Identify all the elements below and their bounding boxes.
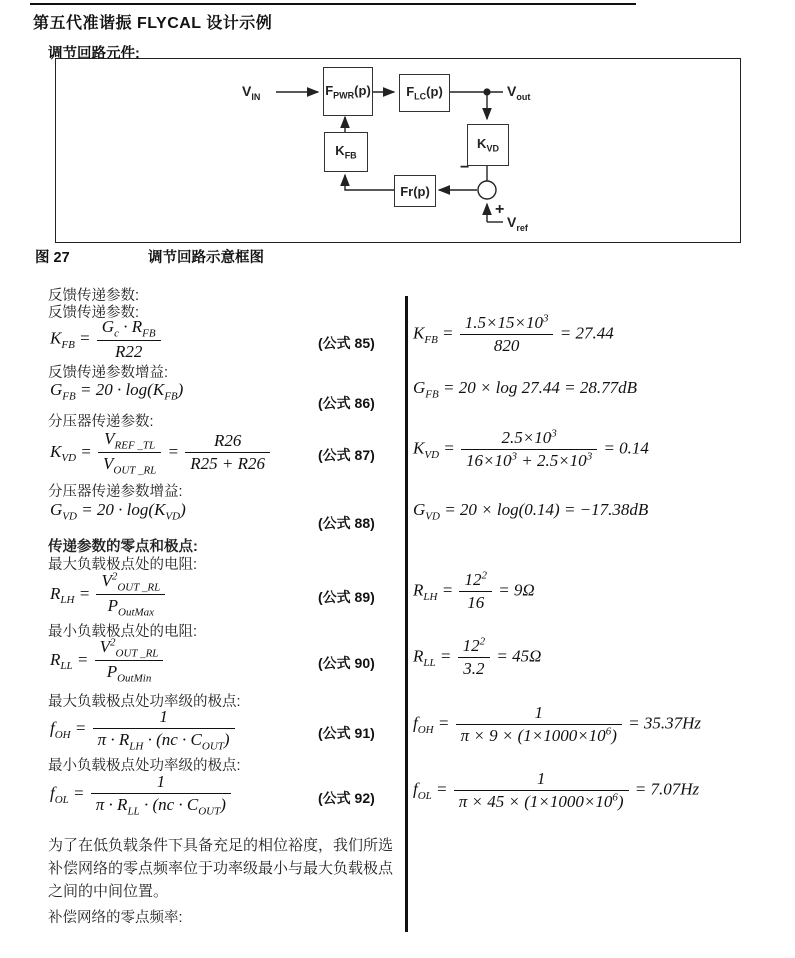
- formula-89: RLH = V2OUT _RLPOutMax: [50, 571, 167, 619]
- block-kfb-label: KFB: [335, 143, 356, 161]
- formula-89-number: (公式 89): [318, 587, 375, 607]
- formula-91: fOH = 1π · RLH · (nc · COUT): [50, 707, 237, 752]
- formula-87-result: KVD = 2.5×10316×103 + 2.5×103 = 0.14: [413, 428, 649, 471]
- formula-88: GVD = 20 · log(KVD): [50, 500, 186, 522]
- formula-89-result: RLH = 12216 = 9Ω: [413, 570, 535, 613]
- formula-87-number: (公式 87): [318, 445, 375, 465]
- formula-92-number: (公式 92): [318, 788, 375, 808]
- label-divider-param: 分压器传递参数:: [48, 410, 154, 431]
- block-kvd-label: KVD: [477, 136, 499, 154]
- block-kfb: KFB: [324, 132, 368, 172]
- formula-91-number: (公式 91): [318, 723, 375, 743]
- label-divider-gain: 分压器传递参数增益:: [48, 480, 183, 501]
- label-vout: Vout: [507, 83, 530, 102]
- block-fr: Fr(p): [394, 175, 436, 207]
- formula-85-number: (公式 85): [318, 333, 375, 353]
- label-vin: VIN: [242, 83, 260, 102]
- formula-86-result: GFB = 20 × log 27.44 = 28.77dB: [413, 378, 637, 400]
- formula-88-result: GVD = 20 × log(0.14) = −17.38dB: [413, 500, 648, 522]
- block-flc-label: FLC(p): [406, 84, 443, 102]
- formula-87: KVD = VREF _TLVOUT _RL = R26R25 + R26: [50, 429, 272, 477]
- formula-90-result: RLL = 1223.2 = 45Ω: [413, 636, 541, 679]
- formula-90-number: (公式 90): [318, 653, 375, 673]
- plus-sign: +: [495, 201, 504, 219]
- column-divider: [405, 296, 408, 932]
- page-title: 第五代准谐振 FLYCAL 设计示例: [33, 10, 272, 33]
- formula-92: fOL = 1π · RLL · (nc · COUT): [50, 772, 233, 817]
- formula-86-number: (公式 86): [318, 393, 375, 413]
- block-fpwr: FPWR(p): [323, 67, 373, 116]
- block-kvd: KVD: [467, 124, 509, 166]
- label-zero-frequency: 补偿网络的零点频率:: [48, 906, 183, 927]
- block-fr-label: Fr(p): [400, 184, 430, 199]
- formula-86: GFB = 20 · log(KFB): [50, 380, 183, 402]
- closing-paragraph: 为了在低负载条件下具备充足的相位裕度，我们所选补偿网络的零点频率位于功率级最小与…: [48, 834, 400, 903]
- formula-85: KFB = Gc · RFBR22: [50, 317, 163, 362]
- formula-92-result: fOL = 1π × 45 × (1×1000×106) = 7.07Hz: [413, 769, 699, 812]
- label-feedback-gain: 反馈传递参数增益:: [48, 361, 168, 382]
- block-flc: FLC(p): [399, 74, 450, 112]
- figure-caption-title: 调节回路示意框图: [148, 246, 264, 267]
- formula-90: RLL = V2OUT _RLPOutMin: [50, 637, 165, 685]
- figure-block-diagram: FPWR(p) FLC(p) KFB KVD Fr(p) VIN Vout Vr…: [55, 58, 741, 243]
- diagram-wires: [56, 59, 740, 242]
- minus-sign: −: [460, 159, 469, 177]
- top-rule: [30, 3, 636, 5]
- figure-caption-number: 图 27: [35, 246, 70, 267]
- document-page: 第五代准谐振 FLYCAL 设计示例 调节回路元件: FPWR(p): [0, 0, 795, 958]
- block-fpwr-label: FPWR(p): [325, 83, 371, 101]
- formula-91-result: fOH = 1π × 9 × (1×1000×106) = 35.37Hz: [413, 703, 701, 746]
- formula-85-result: KFB = 1.5×15×103820 = 27.44: [413, 313, 614, 356]
- label-vref: Vref: [507, 214, 528, 233]
- formula-88-number: (公式 88): [318, 513, 375, 533]
